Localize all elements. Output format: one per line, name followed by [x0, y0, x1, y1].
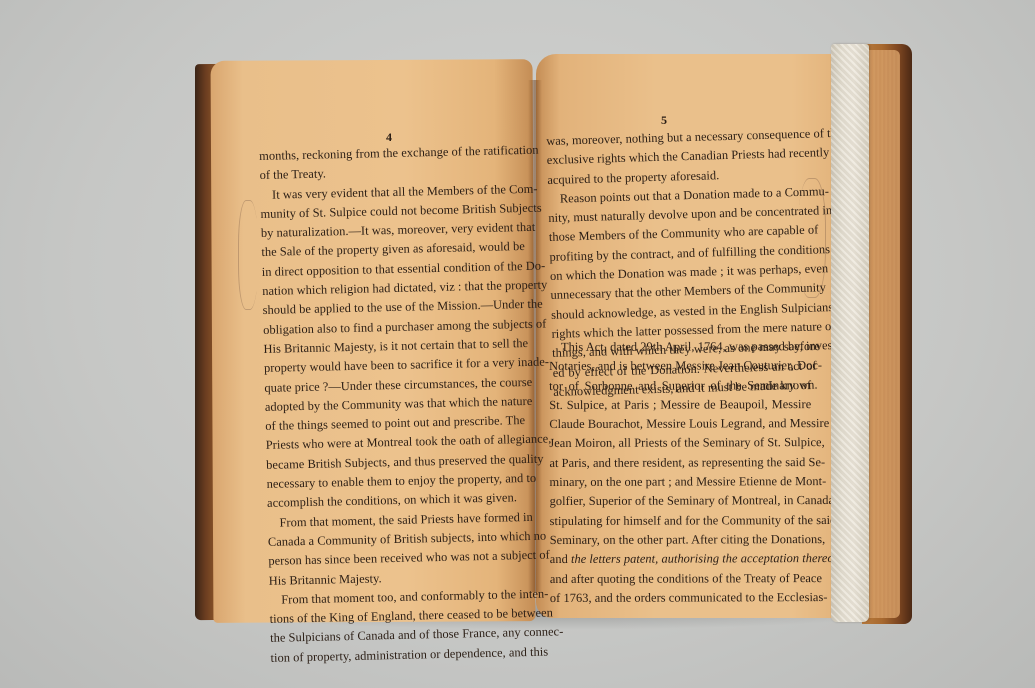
- paragraph: This Act, dated 29th April, 1764, was pa…: [549, 337, 812, 608]
- page-number-left: 4: [386, 130, 392, 145]
- paragraph: months, reckoning from the exchange of t…: [259, 141, 512, 185]
- text-line: golfier, Superior of the Seminary of Mon…: [550, 491, 812, 511]
- book-photo-scene: 4 months, reckoning from the exchange of…: [0, 0, 1035, 688]
- text-line: St. Sulpice, at Paris ; Messire de Beaup…: [549, 395, 811, 415]
- italic-text-run: the letters patent, authorising the acce…: [571, 551, 845, 566]
- left-page-text: months, reckoning from the exchange of t…: [259, 141, 523, 668]
- paragraph: was, moreover, nothing but a necessary c…: [546, 125, 812, 190]
- text-run: and: [550, 552, 571, 566]
- text-line: This Act, dated 29th April, 1764, was pa…: [549, 337, 811, 357]
- text-line: tor of Sorbonne and Superior of the Semi…: [549, 376, 811, 396]
- text-line: stipulating for himself and for the Comm…: [550, 511, 812, 531]
- text-line: Seminary, on the other part. After citin…: [550, 530, 812, 550]
- pencil-margin-mark-left: [238, 200, 258, 310]
- text-line: Jean Moiron, all Priests of the Seminary…: [549, 434, 811, 454]
- text-line: of 1763, and the orders communicated to …: [550, 588, 812, 608]
- text-line: at Paris, and there resident, as represe…: [549, 453, 811, 473]
- ribbon-bookmark: [831, 44, 869, 622]
- text-line: Notaries, and is between Messire Jean Co…: [549, 356, 811, 376]
- right-page-text-lower: This Act, dated 29th April, 1764, was pa…: [549, 337, 812, 608]
- paragraph: From that moment, the said Priests have …: [267, 508, 521, 591]
- paragraph: From that moment too, and conformably to…: [269, 585, 523, 668]
- text-line: minary, on the one part ; and Messire Et…: [549, 472, 811, 492]
- paragraph: It was very evident that all the Members…: [260, 180, 519, 514]
- page-number-right: 5: [661, 113, 667, 128]
- text-line-italic: and the letters patent, authorising the …: [550, 549, 812, 569]
- text-line: and after quoting the conditions of the …: [550, 569, 812, 589]
- text-line: Claude Bourachot, Messire Louis Legrand,…: [549, 414, 811, 434]
